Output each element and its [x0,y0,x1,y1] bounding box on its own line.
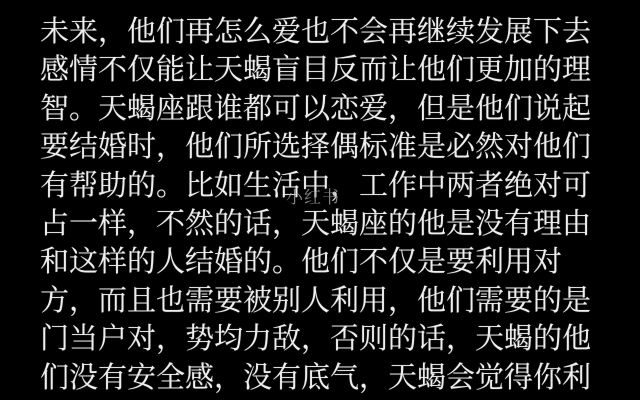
post-image: 未来，他们再怎么爱也不会再继续发展下去 感情不仅能让天蝎盲目反而让他们更加的理 … [0,0,640,400]
text-line: 们没有安全感，没有底气，天蝎会觉得你利 [40,359,604,397]
text-line: 未来，他们再怎么爱也不会再继续发展下去 [40,13,604,51]
text-line: 感情不仅能让天蝎盲目反而让他们更加的理 [40,51,604,89]
text-line: 门当户对，势均力敌，否则的话，天蝎的他 [40,320,604,358]
text-line: 和这样的人结婚的。他们不仅是要利用对 [40,243,604,281]
xiaohongshu-watermark: 小红书 [286,188,340,208]
text-line: 方，而且也需要被别人利用，他们需要的是 [40,282,604,320]
text-line: 占一样，不然的话，天蝎座的他是没有理由 [40,205,604,243]
text-line: 要结婚时，他们所选择偶标准是必然对他们 [40,128,604,166]
text-line: 智。天蝎座跟谁都可以恋爱，但是他们说起 [40,90,604,128]
